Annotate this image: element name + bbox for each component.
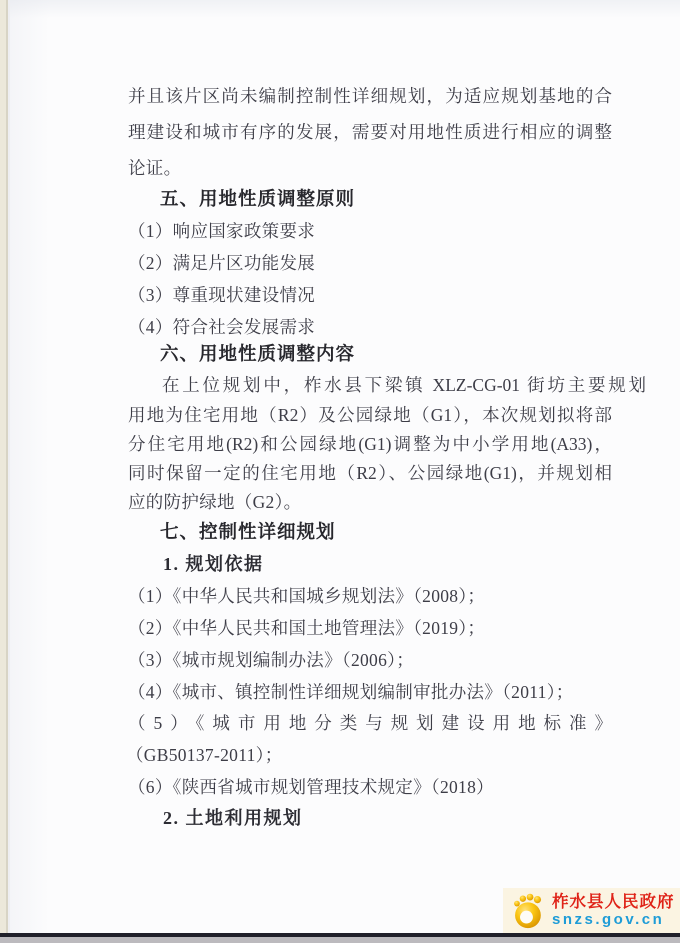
section-heading-5: 五、用地性质调整原则 <box>128 188 644 210</box>
reference-item-continuation: （GB50137-2011）； <box>126 744 610 766</box>
reference-item: （4）《城市、镇控制性详细规划编制审批办法》（2011）； <box>128 681 612 703</box>
paragraph-line: 在上位规划中，柞水县下梁镇 XLZ-CG-01 街坊主要规划 <box>128 374 646 396</box>
paragraph-line: 论证。 <box>128 157 612 179</box>
scanned-document-page: 并且该片区尚未编制控制性详细规划，为适应规划基地的合 理建设和城市有序的发展，需… <box>0 0 680 943</box>
list-item: （1）响应国家政策要求 <box>128 220 612 242</box>
reference-item: （5）《城市用地分类与规划建设用地标准》 <box>128 712 612 734</box>
government-site-name: 柞水县人民政府 <box>552 892 675 911</box>
list-item: （4）符合社会发展需求 <box>128 316 612 338</box>
paragraph-line: 并且该片区尚未编制控制性详细规划，为适应规划基地的合 <box>128 85 612 107</box>
paragraph-line: 分住宅用地(R2)和公园绿地(G1)调整为中小学用地(A33)， <box>128 433 612 455</box>
subsection-heading-1: 1. 规划依据 <box>128 553 647 575</box>
reference-item: （2）《中华人民共和国土地管理法》（2019）； <box>128 617 612 639</box>
section-heading-6: 六、用地性质调整内容 <box>128 343 644 365</box>
foot-icon <box>511 892 547 930</box>
reference-item: （6）《陕西省城市规划管理技术规定》（2018） <box>128 776 612 798</box>
scan-bottom-edge <box>0 937 680 943</box>
paragraph-line: 用地为住宅用地（R2）及公园绿地（G1），本次规划拟将部 <box>128 404 612 426</box>
page-scan-left-edge <box>0 0 10 943</box>
paragraph-line: 同时保留一定的住宅用地（R2）、公园绿地(G1)，并规划相 <box>128 462 612 484</box>
paragraph-line: 理建设和城市有序的发展，需要对用地性质进行相应的调整 <box>128 121 612 143</box>
site-watermark[interactable]: 柞水县人民政府 snzs.gov.cn <box>503 888 680 933</box>
section-heading-7: 七、控制性详细规划 <box>128 521 644 543</box>
paragraph-line: 应的防护绿地（G2）。 <box>128 491 612 513</box>
reference-item: （1）《中华人民共和国城乡规划法》（2008）； <box>128 585 612 607</box>
reference-item: （3）《城市规划编制办法》（2006）； <box>128 649 612 671</box>
government-site-url[interactable]: snzs.gov.cn <box>552 911 675 929</box>
list-item: （2）满足片区功能发展 <box>128 252 612 274</box>
subsection-heading-2: 2. 土地利用规划 <box>128 807 647 829</box>
list-item: （3）尊重现状建设情况 <box>128 284 612 306</box>
